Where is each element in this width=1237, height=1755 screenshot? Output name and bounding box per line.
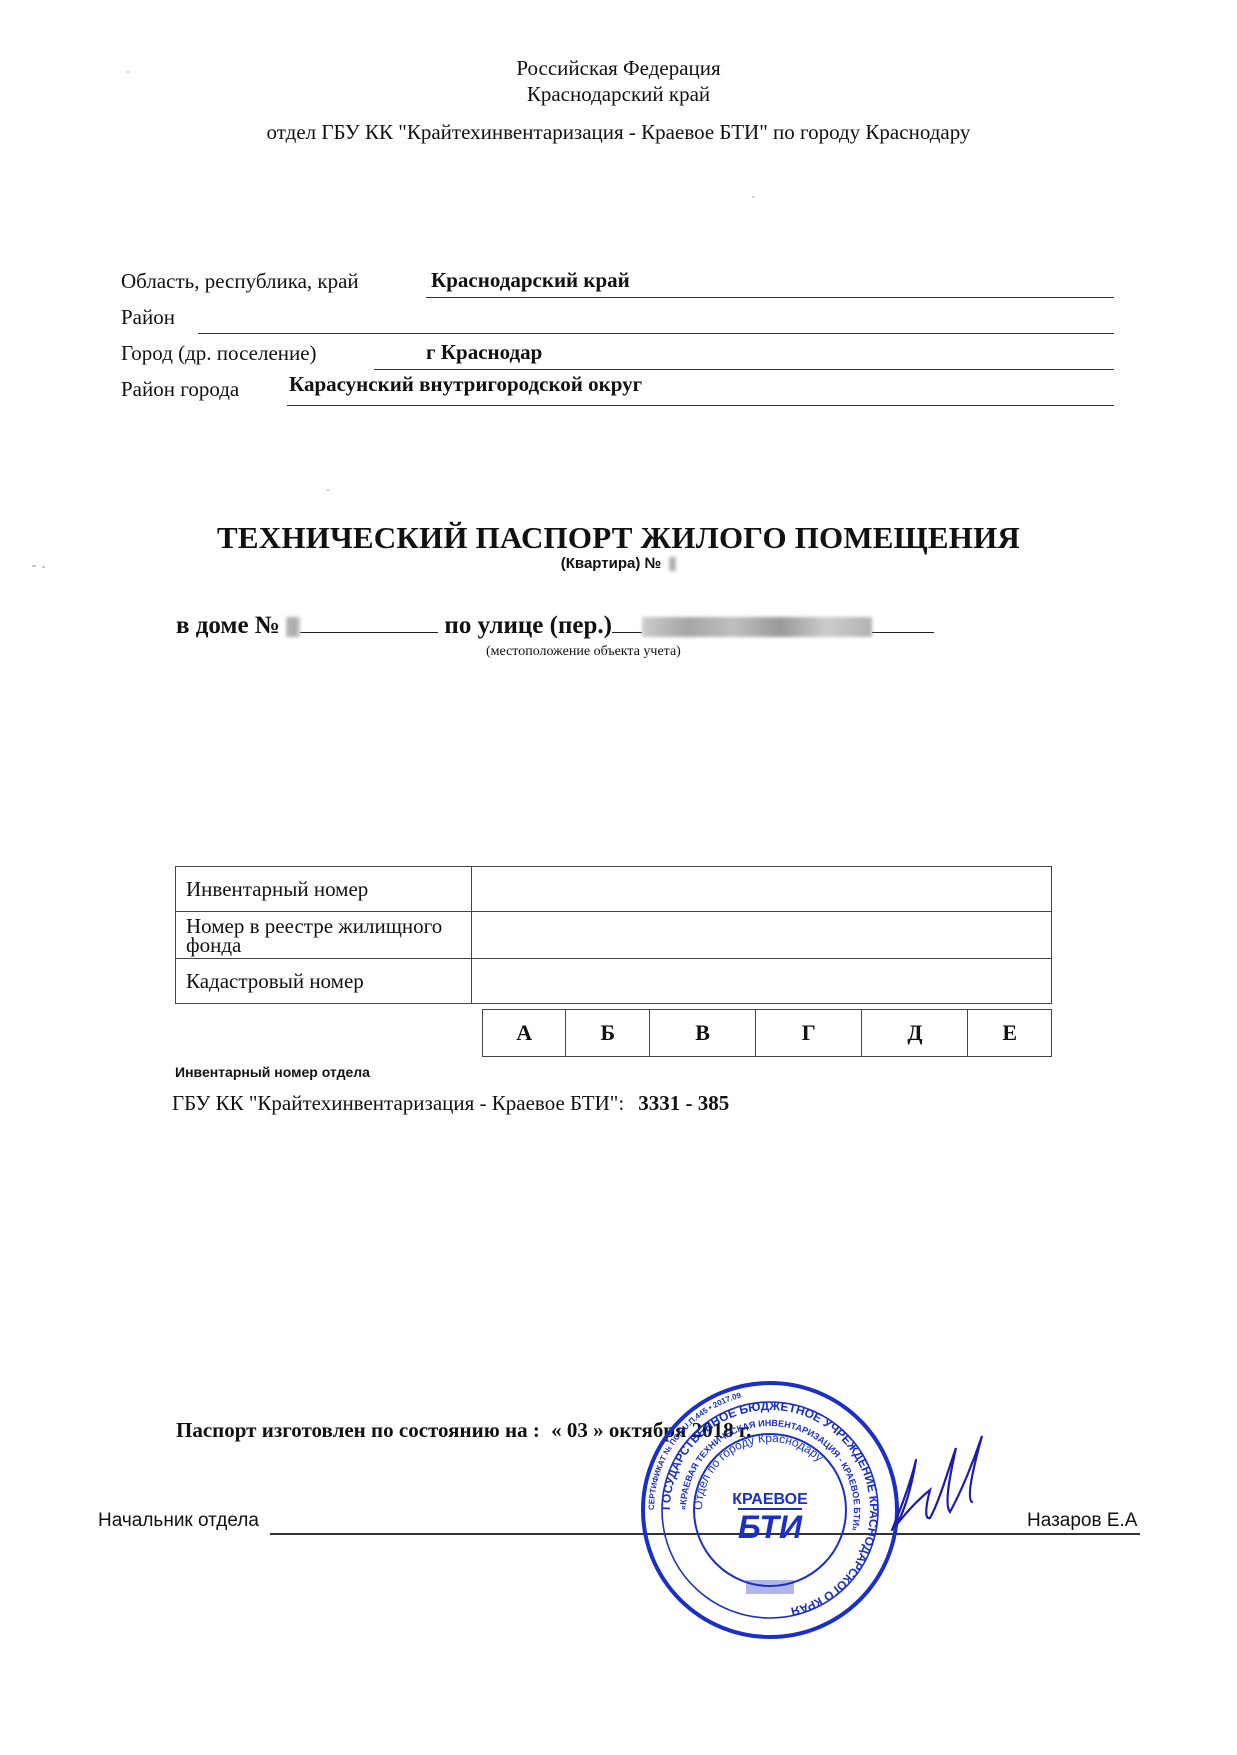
table-row: Кадастровый номер	[176, 959, 1052, 1004]
letter-cell: Д	[862, 1010, 968, 1057]
table-row: Номер в реестре жилищного фонда	[176, 912, 1052, 959]
street-underline-right	[872, 610, 934, 633]
letter-cell: Г	[756, 1010, 862, 1057]
scan-speck	[752, 196, 754, 198]
header-region: Краснодарский край	[0, 82, 1237, 106]
letters-table: А Б В Г Д Е	[482, 1009, 1052, 1057]
redacted-house-number	[286, 617, 300, 637]
inventory-number: 3331 - 385	[638, 1091, 729, 1115]
header-country: Российская Федерация	[0, 56, 1237, 80]
house-underline	[300, 610, 438, 633]
handwritten-signature-icon	[870, 1430, 1000, 1540]
field-value: Карасунский внутригородской округ	[289, 372, 642, 397]
row-label: Номер в реестре жилищного фонда	[176, 912, 472, 959]
scan-speck	[32, 565, 36, 567]
field-city-district: Район города Карасунский внутригородской…	[121, 376, 1114, 406]
stamp-logo-bottom: БТИ	[738, 1509, 803, 1545]
table-row: А Б В Г Д Е	[483, 1010, 1052, 1057]
row-value	[472, 912, 1052, 959]
street-label: по улице (пер.)	[444, 612, 612, 639]
address-caption: (местоположение объекта учета)	[486, 644, 681, 660]
redacted-street-name	[642, 617, 872, 637]
registry-table: Инвентарный номер Номер в реестре жилищн…	[175, 866, 1052, 1004]
signature-name: Назаров Е.А	[1027, 1510, 1137, 1532]
field-label: Район города	[121, 377, 239, 402]
field-value: Краснодарский край	[431, 268, 630, 293]
passport-date-label: Паспорт изготовлен по состоянию на :	[176, 1418, 540, 1442]
field-district: Район	[121, 304, 1114, 334]
signature-position: Начальник отдела	[98, 1510, 259, 1532]
row-value	[472, 959, 1052, 1004]
redacted-apartment-number	[669, 557, 676, 571]
field-label: Город (др. поселение)	[121, 341, 317, 366]
letter-cell: А	[483, 1010, 566, 1057]
scan-speck	[42, 566, 45, 568]
row-label: Инвентарный номер	[176, 867, 472, 912]
house-label: в доме №	[176, 612, 280, 639]
apartment-label: (Квартира) №	[561, 555, 661, 572]
letter-cell: В	[649, 1010, 755, 1057]
letter-cell: Б	[566, 1010, 649, 1057]
stamp-logo-top: КРАЕВОЕ	[732, 1491, 808, 1508]
field-underline	[287, 405, 1114, 407]
scan-speck	[327, 489, 329, 491]
field-region: Область, республика, край Краснодарский …	[121, 268, 1114, 298]
field-city: Город (др. поселение) г Краснодар	[121, 340, 1114, 370]
field-value: г Краснодар	[426, 340, 542, 365]
field-underline	[198, 333, 1114, 335]
inventory-small-label: Инвентарный номер отдела	[175, 1064, 370, 1080]
letter-cell: Е	[968, 1010, 1052, 1057]
header-department: отдел ГБУ КК "Крайтехинвентаризация - Кр…	[0, 120, 1237, 144]
apartment-subtitle: (Квартира) №	[0, 555, 1237, 573]
field-underline	[426, 297, 1114, 299]
field-label: Район	[121, 305, 175, 330]
field-underline	[374, 369, 1114, 371]
table-row: Инвентарный номер	[176, 867, 1052, 912]
address-line: в доме № по улице (пер.)	[176, 610, 934, 640]
scan-speck	[127, 71, 129, 73]
row-label: Кадастровый номер	[176, 959, 472, 1004]
row-value	[472, 867, 1052, 912]
inventory-line: ГБУ КК "Крайтехинвентаризация - Краевое …	[172, 1091, 729, 1116]
street-underline-left	[612, 610, 642, 633]
official-stamp-icon: СЕРТИФИКАТ № ПС.RU.П.445 • 2017.09 ГОСУД…	[640, 1380, 900, 1640]
inventory-org-label: ГБУ КК "Крайтехинвентаризация - Краевое …	[172, 1091, 624, 1115]
document-title: ТЕХНИЧЕСКИЙ ПАСПОРТ ЖИЛОГО ПОМЕЩЕНИЯ	[0, 520, 1237, 556]
field-label: Область, республика, край	[121, 269, 359, 294]
